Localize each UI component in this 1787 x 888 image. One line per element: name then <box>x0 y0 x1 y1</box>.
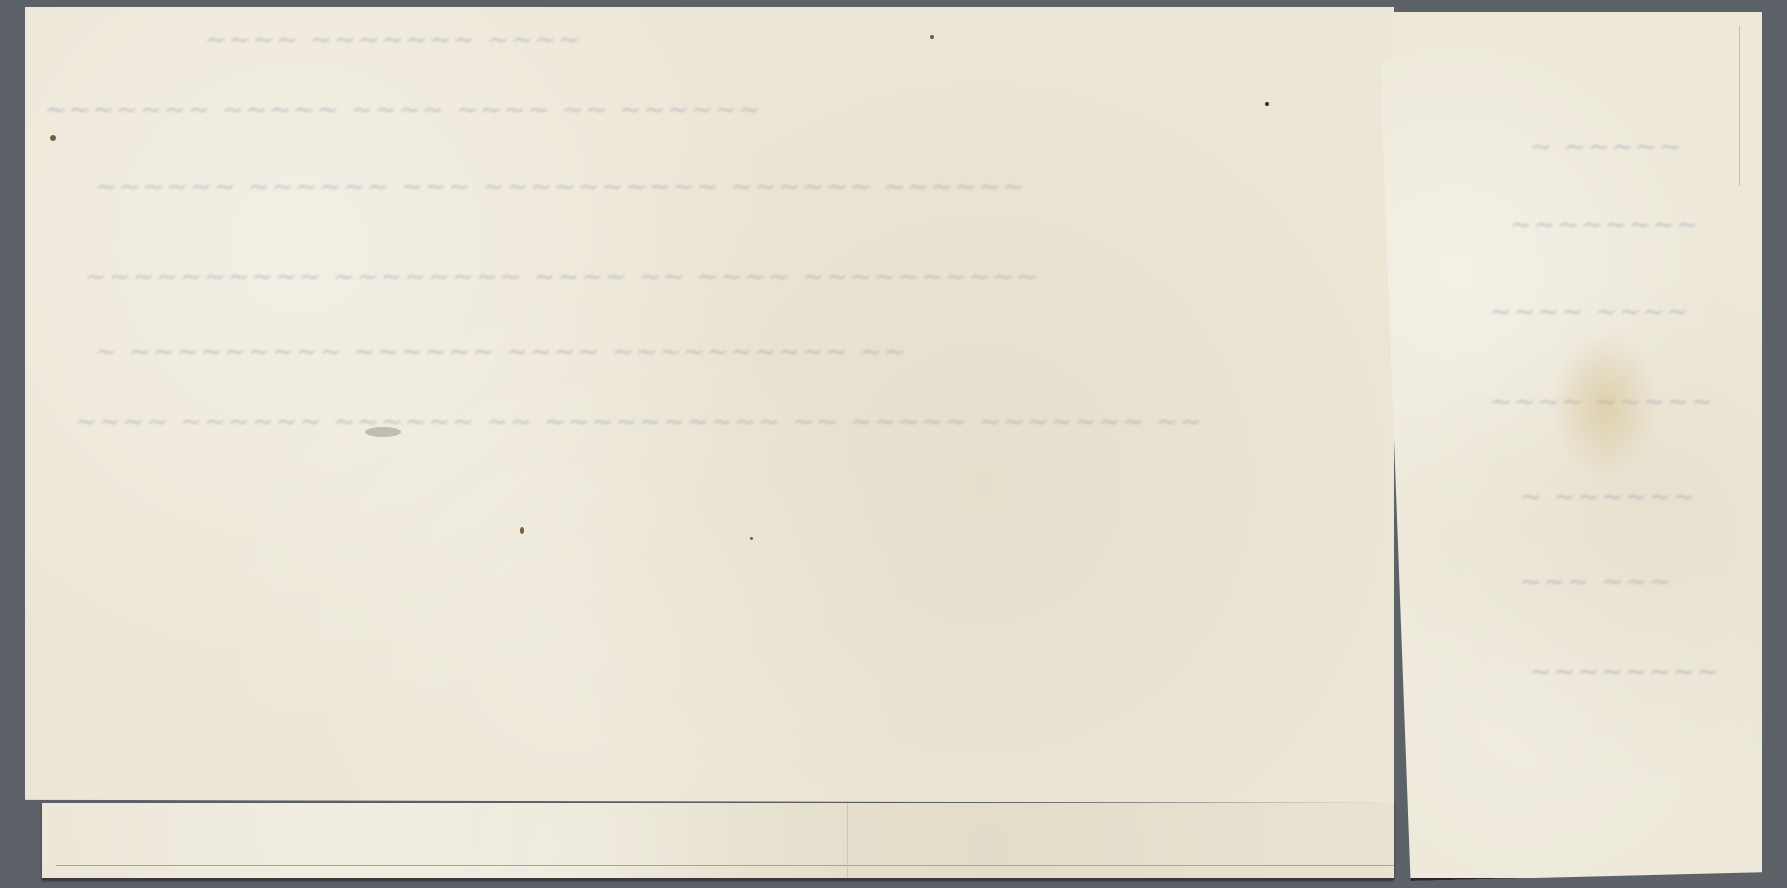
crease-line <box>847 803 848 878</box>
bleed-through-line: ~~~~~~~~~~ ~~~~~~~~ ~~~~ ~~ ~~~~ ~~~~~~~… <box>85 262 1195 284</box>
bleed-through-line: ~~~~ ~~~~~~~ ~~~~ <box>205 25 725 47</box>
bleed-through-line: ~ ~~~~~~~~~ ~~~~~~ ~~~~ ~~~~~~~~~~ ~~ <box>95 337 1195 359</box>
fold-edge-line <box>56 865 1394 866</box>
paper-speck <box>50 135 56 141</box>
bleed-through-line: ~~~~~~ ~~~~~~ ~~~ ~~~~~~~~~~ ~~~~~~ ~~~~… <box>95 172 1195 194</box>
paper-speck <box>1265 102 1269 106</box>
paper-blemish <box>365 427 401 437</box>
paper-stain <box>1550 330 1660 480</box>
bleed-through-line: ~~~~ ~~~~ <box>1490 297 1750 319</box>
bleed-through-line: ~~~~~~~~ <box>1510 210 1750 232</box>
paper-speck <box>520 527 524 534</box>
paper-speck <box>930 35 934 39</box>
bleed-through-line: ~ ~~~~~~ <box>1520 482 1750 504</box>
bleed-through-line: ~~~~ ~~~~~~ ~~~~~~ ~~ ~~~~~~~~~~ ~~ ~~~~… <box>75 407 1205 429</box>
bleed-through-line: ~ ~~~~~ <box>1530 132 1750 154</box>
paper-speck <box>750 537 753 540</box>
bleed-through-line: ~~~~~~~ ~~~~~ ~~~~ ~~~~ ~~ ~~~~~~ <box>45 95 1175 117</box>
bleed-through-line: ~~~ ~~~ <box>1520 567 1750 589</box>
main-letter-sheet: ~~~~ ~~~~~~~ ~~~~ ~~~~~~~ ~~~~~ ~~~~ ~~~… <box>25 7 1394 803</box>
flap-inner-border <box>1739 26 1740 186</box>
bleed-through-line: ~~~~~~~~ <box>1530 657 1750 679</box>
lower-fold-flap <box>42 803 1394 880</box>
